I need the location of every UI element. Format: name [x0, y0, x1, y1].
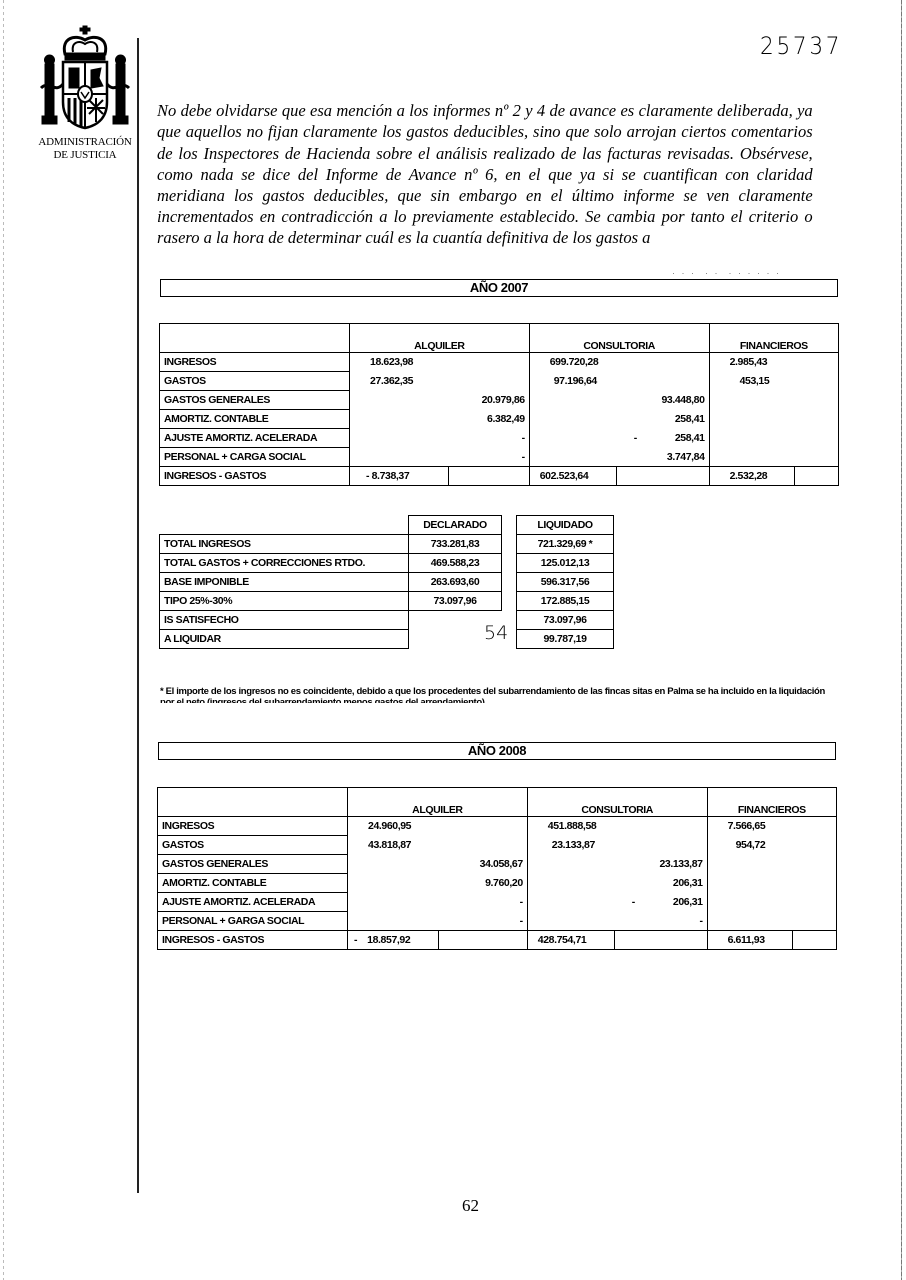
cell-alquiler: 27.362,35 — [350, 372, 530, 391]
col-declarado: DECLARADO — [409, 516, 502, 535]
cell-blank — [614, 931, 707, 950]
cell-financieros — [709, 391, 838, 410]
table-row: PERSONAL + GARGA SOCIAL - - — [158, 912, 837, 931]
table-row: IS SATISFECHO 73.097,96 — [160, 611, 614, 630]
header-blank — [160, 324, 350, 353]
row-label: GASTOS — [160, 372, 350, 391]
col-financieros: FINANCIEROS — [709, 324, 838, 353]
cell-consultoria: 206,31 — [527, 874, 707, 893]
institution-name-line2: DE JUSTICIA — [30, 149, 140, 162]
row-label: GASTOS GENERALES — [158, 855, 348, 874]
cell-consultoria: 451.888,58 — [527, 817, 707, 836]
cell-liquidado: 596.317,56 — [517, 573, 614, 592]
table-row: TOTAL GASTOS + CORRECCIONES RTDO. 469.58… — [160, 554, 614, 573]
gap — [502, 516, 517, 535]
cell-financieros — [707, 893, 836, 912]
gap — [502, 554, 517, 573]
cell-consultoria: 93.448,80 — [529, 391, 709, 410]
table-2008: ALQUILER CONSULTORIA FINANCIEROS INGRESO… — [157, 787, 837, 950]
cell-consultoria: 23.133,87 — [527, 836, 707, 855]
table-row: INGRESOS 18.623,98 699.720,28 2.985,43 — [160, 353, 839, 372]
table-row: AMORTIZ. CONTABLE 9.760,20 206,31 — [158, 874, 837, 893]
cell-alquiler: - 18.857,92 — [348, 931, 439, 950]
row-label: AMORTIZ. CONTABLE — [160, 410, 350, 429]
cell-consultoria: 699.720,28 — [529, 353, 709, 372]
table-row: GASTOS 43.818,87 23.133,87 954,72 — [158, 836, 837, 855]
cell-consultoria: - — [527, 912, 707, 931]
cell-value: 206,31 — [673, 896, 703, 908]
cell-declarado: 733.281,83 — [409, 535, 502, 554]
cell-liquidado: 125.012,13 — [517, 554, 614, 573]
row-label: AJUSTE AMORTIZ. ACELERADA — [160, 429, 350, 448]
negative-sign: - — [634, 432, 637, 444]
cell-alquiler: 6.382,49 — [350, 410, 530, 429]
row-label: PERSONAL + CARGA SOCIAL — [160, 448, 350, 467]
cell-value: 258,41 — [675, 432, 705, 444]
body-paragraph: No debe olvidarse que esa mención a los … — [157, 100, 813, 248]
col-financieros: FINANCIEROS — [707, 788, 836, 817]
cell-financieros: 2.532,28 — [709, 467, 794, 486]
col-liquidado: LIQUIDADO — [517, 516, 614, 535]
cell-financieros: 7.566,65 — [707, 817, 836, 836]
row-label: INGRESOS — [160, 353, 350, 372]
row-label: INGRESOS - GASTOS — [160, 467, 350, 486]
col-alquiler: ALQUILER — [348, 788, 528, 817]
cell-consultoria: 428.754,71 — [527, 931, 614, 950]
table-row-total: INGRESOS - GASTOS - 18.857,92 428.754,71… — [158, 931, 837, 950]
cell-financieros: 2.985,43 — [709, 353, 838, 372]
scan-edge-right — [901, 0, 902, 1280]
year-2008-heading: AÑO 2008 — [158, 742, 836, 760]
cell-financieros — [707, 855, 836, 874]
row-label: GASTOS GENERALES — [160, 391, 350, 410]
cell-alquiler: - — [348, 912, 528, 931]
table-row: AJUSTE AMORTIZ. ACELERADA - -258,41 — [160, 429, 839, 448]
cell-consultoria: 3.747,84 — [529, 448, 709, 467]
cell-financieros: 453,15 — [709, 372, 838, 391]
table-row: BASE IMPONIBLE 263.693,60 596.317,56 — [160, 573, 614, 592]
cell-consultoria: -258,41 — [529, 429, 709, 448]
row-label: INGRESOS — [158, 817, 348, 836]
cell-alquiler: 43.818,87 — [348, 836, 528, 855]
cell-financieros — [707, 912, 836, 931]
table-row: A LIQUIDAR 99.787,19 — [160, 630, 614, 649]
coat-of-arms-icon — [39, 24, 131, 132]
cell-blank — [792, 931, 836, 950]
scan-artifact: · · · · · · · · · · · — [672, 268, 781, 278]
col-alquiler: ALQUILER — [350, 324, 530, 353]
cell-liquidado: 99.787,19 — [517, 630, 614, 649]
table-row: GASTOS GENERALES 20.979,86 93.448,80 — [160, 391, 839, 410]
cell-alquiler: 18.623,98 — [350, 353, 530, 372]
table-row: GASTOS 27.362,35 97.196,64 453,15 — [160, 372, 839, 391]
table-row: AMORTIZ. CONTABLE 6.382,49 258,41 — [160, 410, 839, 429]
row-label: BASE IMPONIBLE — [160, 573, 409, 592]
header-blank — [160, 516, 409, 535]
row-label: AJUSTE AMORTIZ. ACELERADA — [158, 893, 348, 912]
cell-financieros: 954,72 — [707, 836, 836, 855]
cell-declarado: 469.588,23 — [409, 554, 502, 573]
table-row: TOTAL INGRESOS 733.281,83 721.329,69 * — [160, 535, 614, 554]
summary-header-row: DECLARADO LIQUIDADO — [160, 516, 614, 535]
cell-consultoria: -206,31 — [527, 893, 707, 912]
institution-logo: ADMINISTRACIÓN DE JUSTICIA — [30, 24, 140, 162]
cell-alquiler: 20.979,86 — [350, 391, 530, 410]
cell-financieros — [707, 874, 836, 893]
row-label: TOTAL GASTOS + CORRECCIONES RTDO. — [160, 554, 409, 573]
table-row: INGRESOS 24.960,95 451.888,58 7.566,65 — [158, 817, 837, 836]
table-row: GASTOS GENERALES 34.058,67 23.133,87 — [158, 855, 837, 874]
cell-alquiler: 24.960,95 — [348, 817, 528, 836]
table-2007: ALQUILER CONSULTORIA FINANCIEROS INGRESO… — [159, 323, 839, 486]
row-label: IS SATISFECHO — [160, 611, 409, 630]
cell-consultoria: 258,41 — [529, 410, 709, 429]
cell-financieros — [709, 448, 838, 467]
negative-sign: - — [632, 896, 635, 908]
table-header-row: ALQUILER CONSULTORIA FINANCIEROS — [158, 788, 837, 817]
cell-consultoria: 23.133,87 — [527, 855, 707, 874]
cell-alquiler: - 8.738,37 — [350, 467, 449, 486]
cell-alquiler: 9.760,20 — [348, 874, 528, 893]
cell-financieros: 6.611,93 — [707, 931, 792, 950]
row-label: GASTOS — [158, 836, 348, 855]
cell-consultoria: 97.196,64 — [529, 372, 709, 391]
row-label: TIPO 25%-30% — [160, 592, 409, 611]
institution-name-line1: ADMINISTRACIÓN — [30, 136, 140, 149]
col-consultoria: CONSULTORIA — [529, 324, 709, 353]
table-row: AJUSTE AMORTIZ. ACELERADA - -206,31 — [158, 893, 837, 912]
cell-declarado: 73.097,96 — [409, 592, 502, 611]
cell-financieros — [709, 429, 838, 448]
cell-financieros — [709, 410, 838, 429]
margin-rule — [137, 38, 139, 1193]
header-blank — [158, 788, 348, 817]
year-2007-title: AÑO 2007 — [470, 280, 528, 295]
table-header-row: ALQUILER CONSULTORIA FINANCIEROS — [160, 324, 839, 353]
cell-alquiler: 34.058,67 — [348, 855, 528, 874]
cell-blank — [616, 467, 709, 486]
cell-declarado: 263.693,60 — [409, 573, 502, 592]
page-number: 62 — [462, 1196, 479, 1216]
margin-annotation: 54 — [484, 622, 508, 644]
year-2007-heading: AÑO 2007 — [160, 279, 838, 297]
table-row: TIPO 25%-30% 73.097,96 172.885,15 — [160, 592, 614, 611]
row-label: A LIQUIDAR — [160, 630, 409, 649]
table-row: PERSONAL + CARGA SOCIAL - 3.747,84 — [160, 448, 839, 467]
cell-consultoria: 602.523,64 — [529, 467, 616, 486]
col-consultoria: CONSULTORIA — [527, 788, 707, 817]
row-label: AMORTIZ. CONTABLE — [158, 874, 348, 893]
cell-liquidado: 73.097,96 — [517, 611, 614, 630]
scan-edge-left — [3, 0, 4, 1280]
row-label: TOTAL INGRESOS — [160, 535, 409, 554]
row-label: INGRESOS - GASTOS — [158, 931, 348, 950]
table-row-total: INGRESOS - GASTOS - 8.738,37 602.523,64 … — [160, 467, 839, 486]
cell-blank — [794, 467, 838, 486]
cell-blank — [449, 467, 530, 486]
folio-stamp: 25737 — [760, 32, 842, 60]
cell-liquidado: 721.329,69 * — [517, 535, 614, 554]
cell-liquidado: 172.885,15 — [517, 592, 614, 611]
cell-alquiler: - — [350, 429, 530, 448]
gap — [502, 535, 517, 554]
gap — [502, 573, 517, 592]
row-label: PERSONAL + GARGA SOCIAL — [158, 912, 348, 931]
summary-table: DECLARADO LIQUIDADO TOTAL INGRESOS 733.2… — [159, 515, 614, 649]
footnote: * El importe de los ingresos no es coinc… — [160, 686, 840, 703]
gap — [502, 592, 517, 611]
cell-blank — [439, 931, 528, 950]
year-2008-title: AÑO 2008 — [468, 743, 526, 758]
cell-alquiler: - — [350, 448, 530, 467]
cell-alquiler: - — [348, 893, 528, 912]
